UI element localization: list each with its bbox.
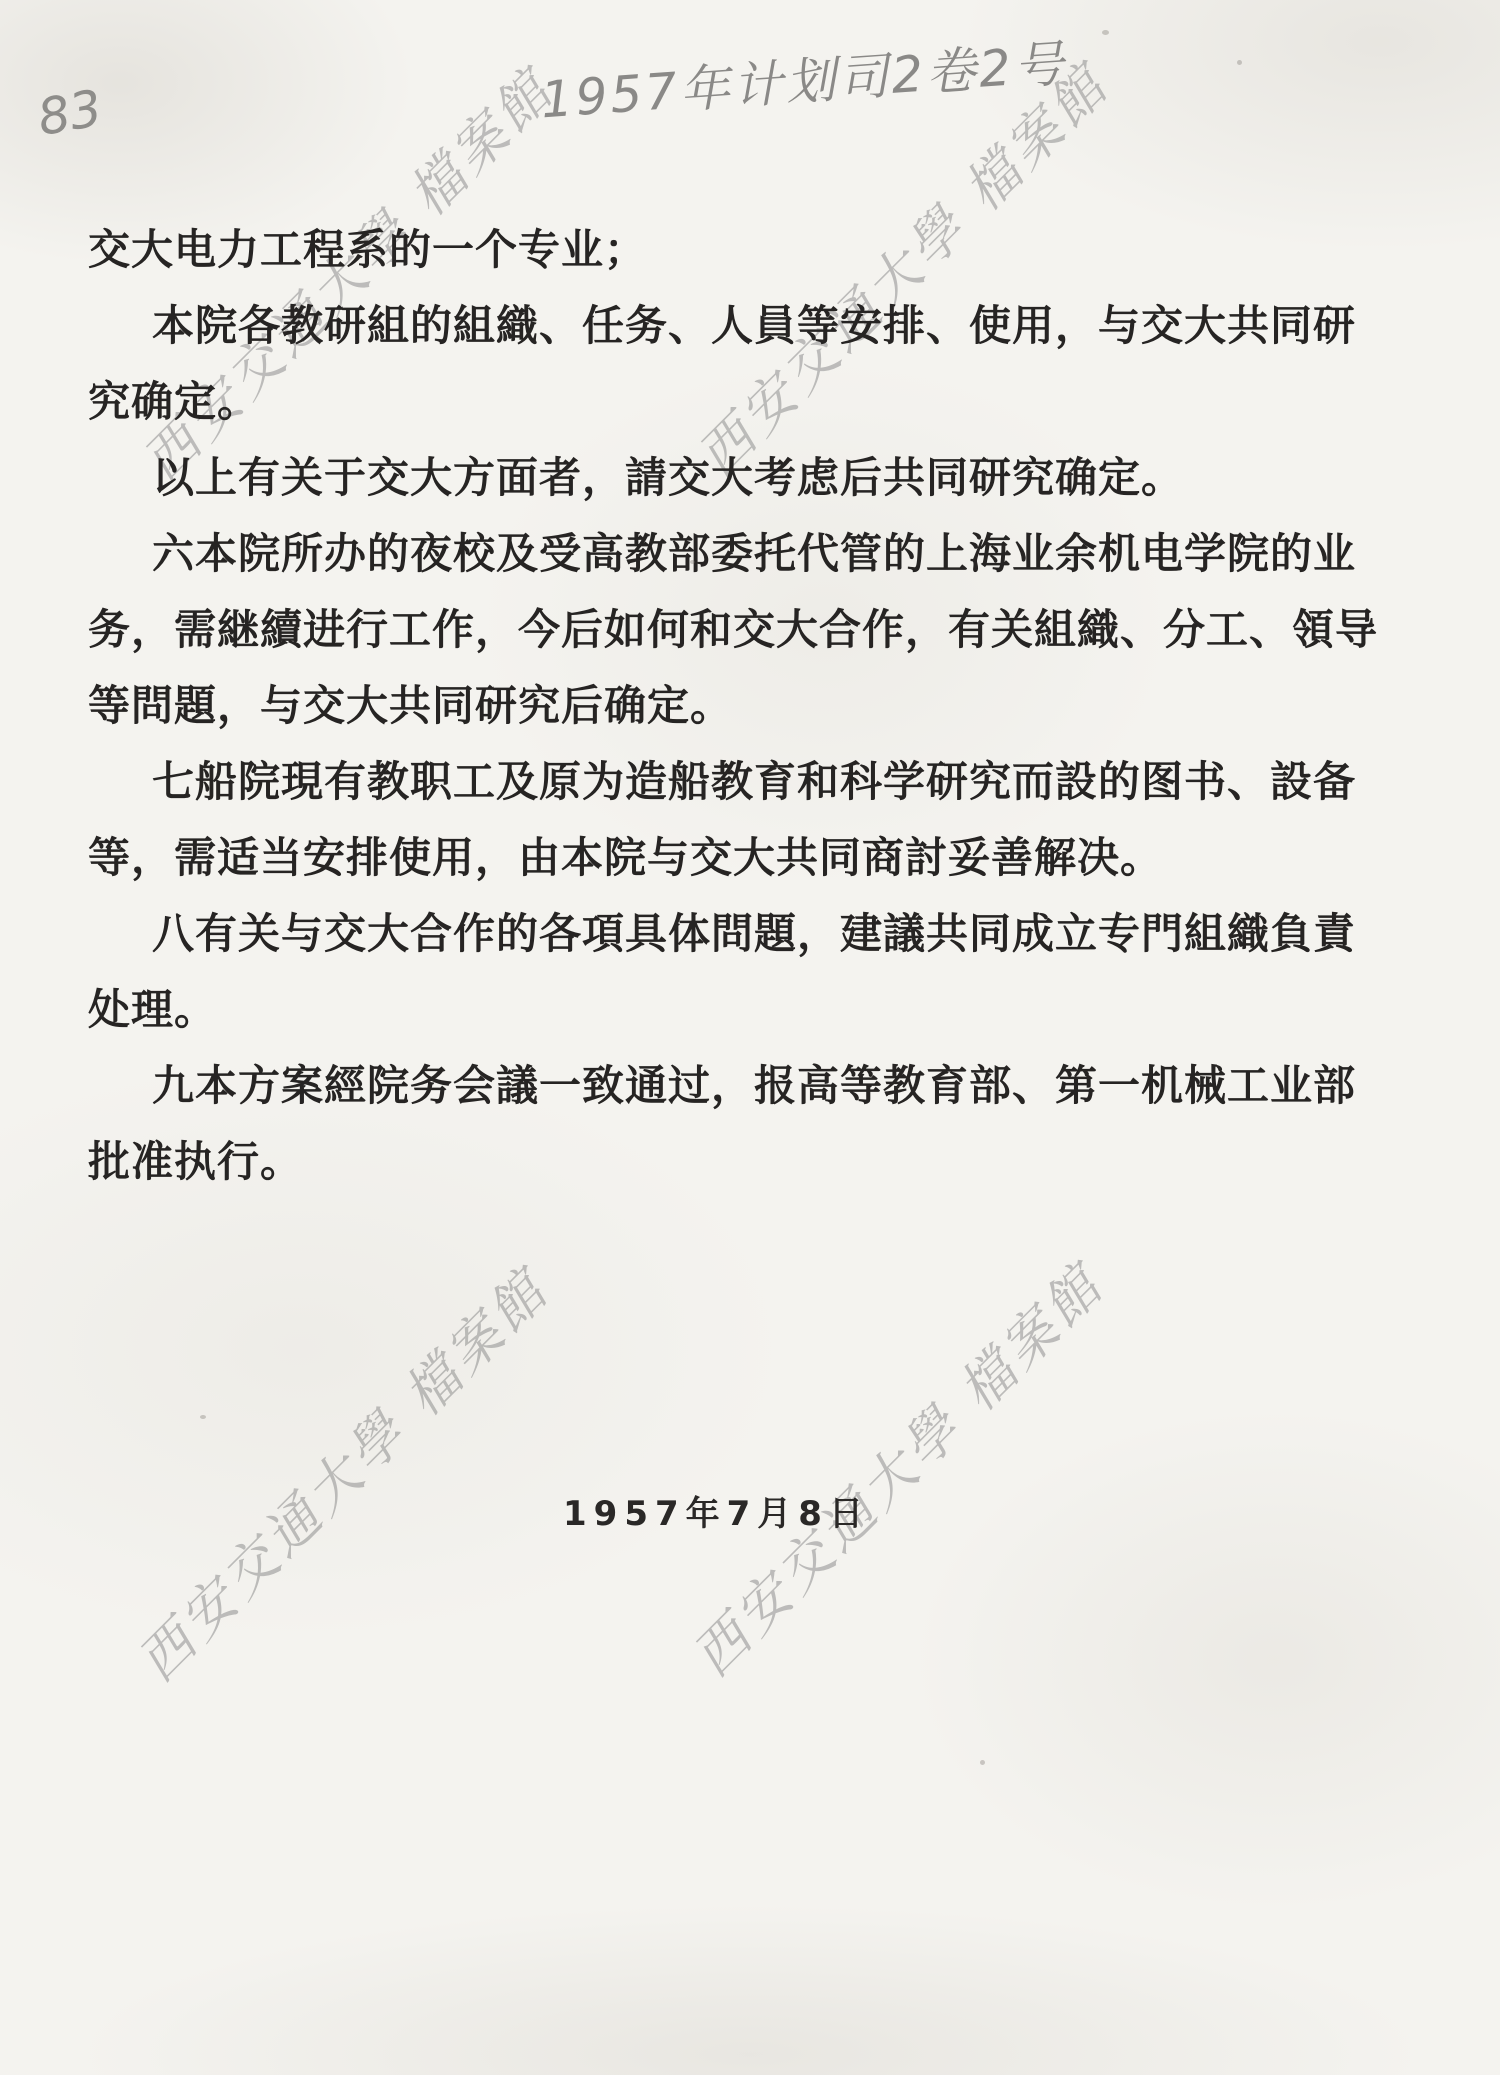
paper-speck	[1237, 60, 1242, 65]
archive-watermark: 西安交通大學 檔案館	[118, 1250, 564, 1696]
paper-speck	[1102, 30, 1109, 35]
body-line: 九本方案經院务会議一致通过，报高等教育部、第一机械工业部	[88, 1048, 1268, 1124]
paper-speck	[980, 1760, 985, 1765]
body-line: 八有关与交大合作的各項具体問題，建議共同成立专門組織負責	[88, 896, 1268, 972]
body-line: 处理。	[88, 972, 1268, 1048]
body-line: 批准执行。	[88, 1124, 1268, 1200]
body-line: 本院各教研組的組織、任务、人員等安排、使用，与交大共同研	[88, 288, 1268, 364]
archive-watermark: 西安交通大學 檔案館	[673, 1245, 1119, 1691]
body-line: 究确定。	[88, 364, 1268, 440]
paper-speck	[200, 1415, 206, 1419]
body-line: 以上有关于交大方面者，請交大考虑后共同研究确定。	[88, 440, 1268, 516]
body-line: 七船院現有教职工及原为造船教育和科学研究而設的图书、設备	[88, 744, 1268, 820]
body-line: 等問題，与交大共同研究后确定。	[88, 668, 1268, 744]
scanned-document-page: 西安交通大學 檔案館 西安交通大學 檔案館 西安交通大學 檔案館 西安交通大學 …	[0, 0, 1500, 2075]
body-line: 务，需継續进行工作，今后如何和交大合作，有关組織、分工、領导	[88, 592, 1268, 668]
body-line: 等，需适当安排使用，由本院与交大共同商討妥善解决。	[88, 820, 1268, 896]
document-date: 1957年7月8日	[563, 1486, 870, 1535]
body-line: 六本院所办的夜校及受高教部委托代管的上海业余机电学院的业	[88, 516, 1268, 592]
body-line: 交大电力工程系的一个专业；	[88, 212, 1268, 288]
handwritten-archive-note: 1957年计划司2卷2号	[538, 24, 1069, 133]
document-body-text: 交大电力工程系的一个专业； 本院各教研組的組織、任务、人員等安排、使用，与交大共…	[88, 212, 1268, 1200]
paper-speck	[690, 560, 695, 564]
handwritten-page-number: 83	[33, 79, 106, 147]
